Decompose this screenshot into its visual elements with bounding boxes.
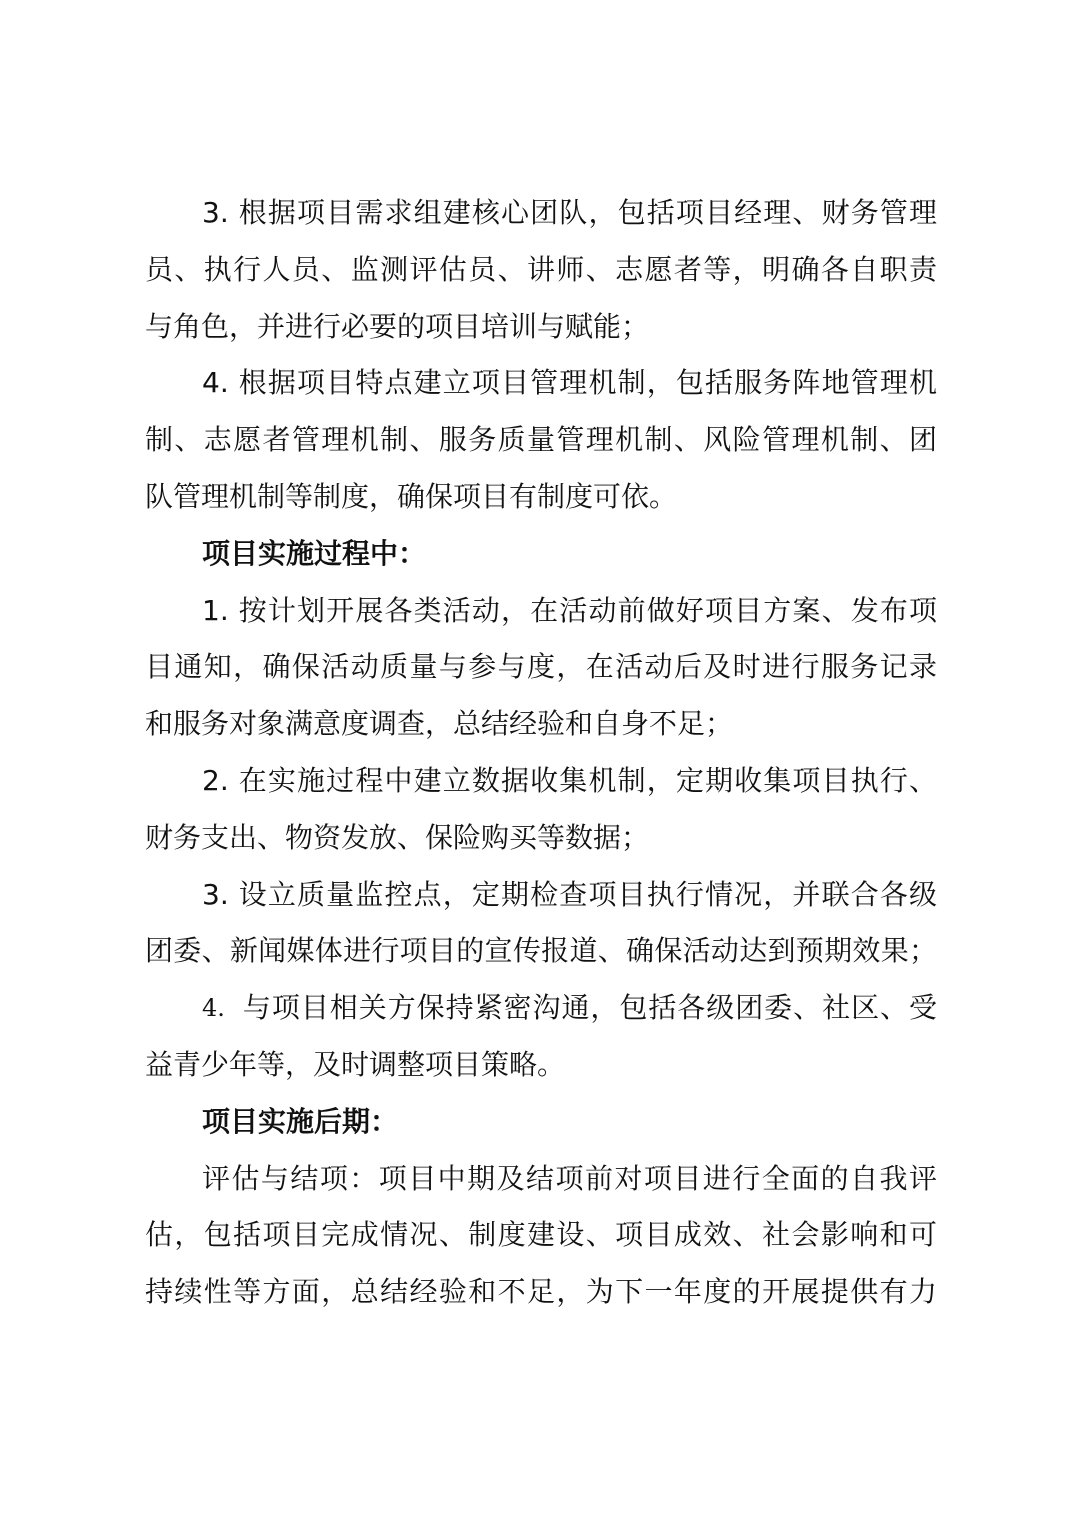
document-page: 3. 根据项目需求组建核心团队，包括项目经理、财务管理 员、执行人员、监测评估员… [145,185,937,1321]
text-line: 评估与结项：项目中期及结项前对项目进行全面的自我评 [145,1151,937,1208]
text-line: 目通知，确保活动质量与参与度，在活动后及时进行服务记录 [145,639,937,696]
list-number: 4. [202,980,225,1037]
text-line-content: 与项目相关方保持紧密沟通，包括各级团委、社区、受 [243,980,937,1037]
text-line: 2. 在实施过程中建立数据收集机制，定期收集项目执行、 [145,753,937,810]
text-line: 和服务对象满意度调查，总结经验和自身不足； [145,696,937,753]
paragraph-during-2: 2. 在实施过程中建立数据收集机制，定期收集项目执行、 财务支出、物资发放、保险… [145,753,937,867]
paragraph-prep-3: 3. 根据项目需求组建核心团队，包括项目经理、财务管理 员、执行人员、监测评估员… [145,185,937,355]
paragraph-during-1: 1. 按计划开展各类活动，在活动前做好项目方案、发布项 目通知，确保活动质量与参… [145,583,937,753]
paragraph-after-1: 评估与结项：项目中期及结项前对项目进行全面的自我评 估，包括项目完成情况、制度建… [145,1151,937,1321]
text-line: 与角色，并进行必要的项目培训与赋能； [145,299,937,356]
paragraph-prep-4: 4. 根据项目特点建立项目管理机制，包括服务阵地管理机 制、志愿者管理机制、服务… [145,355,937,525]
paragraph-during-4: 4. 与项目相关方保持紧密沟通，包括各级团委、社区、受 益青少年等，及时调整项目… [145,980,937,1094]
text-line: 益青少年等，及时调整项目策略。 [145,1037,937,1094]
text-line: 4. 与项目相关方保持紧密沟通，包括各级团委、社区、受 [145,980,937,1037]
section-heading-after: 项目实施后期： [145,1094,937,1151]
text-line: 1. 按计划开展各类活动，在活动前做好项目方案、发布项 [145,583,937,640]
text-line: 员、执行人员、监测评估员、讲师、志愿者等，明确各自职责 [145,242,937,299]
text-line: 制、志愿者管理机制、服务质量管理机制、风险管理机制、团 [145,412,937,469]
paragraph-during-3: 3. 设立质量监控点，定期检查项目执行情况，并联合各级 团委、新闻媒体进行项目的… [145,867,937,981]
section-heading-during: 项目实施过程中： [145,526,937,583]
text-line: 4. 根据项目特点建立项目管理机制，包括服务阵地管理机 [145,355,937,412]
text-line: 持续性等方面，总结经验和不足，为下一年度的开展提供有力 [145,1264,937,1321]
text-line: 队管理机制等制度，确保项目有制度可依。 [145,469,937,526]
text-line: 3. 根据项目需求组建核心团队，包括项目经理、财务管理 [145,185,937,242]
text-line: 财务支出、物资发放、保险购买等数据； [145,810,937,867]
text-line: 3. 设立质量监控点，定期检查项目执行情况，并联合各级 [145,867,937,924]
text-line: 估，包括项目完成情况、制度建设、项目成效、社会影响和可 [145,1207,937,1264]
text-line: 团委、新闻媒体进行项目的宣传报道、确保活动达到预期效果； [145,923,937,980]
